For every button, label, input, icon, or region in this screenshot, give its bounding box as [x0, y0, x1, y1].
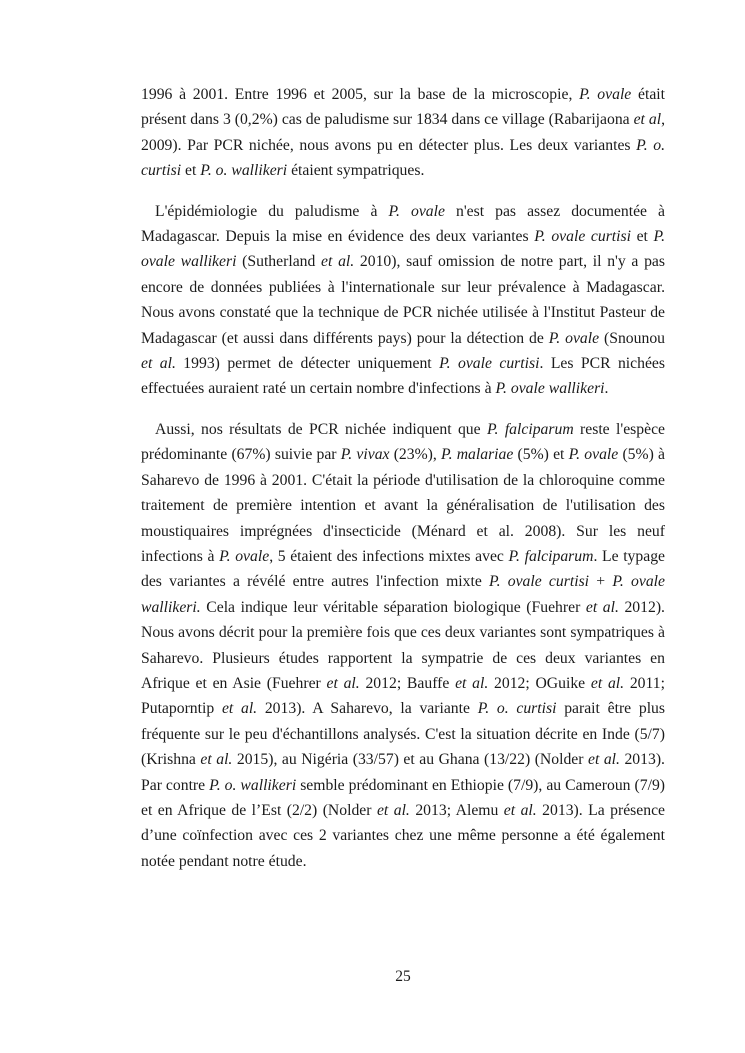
paragraph: Aussi, nos résultats de PCR nichée indiq…	[141, 417, 665, 874]
text-segment: 2015), au Nigéria (33/57) et au Ghana (1…	[232, 751, 588, 768]
italic-text-segment: P. ovale curtisi	[439, 355, 539, 372]
paragraph: L'épidémiologie du paludisme à P. ovale …	[141, 199, 665, 402]
page-number: 25	[141, 967, 665, 987]
italic-text-segment: et al.	[586, 599, 619, 616]
italic-text-segment: et al.	[588, 751, 620, 768]
text-segment: 2013). A Saharevo, la variante	[257, 700, 478, 717]
italic-text-segment: P. o. wallikeri	[200, 162, 287, 179]
italic-text-segment: et al.	[321, 253, 354, 270]
paragraph: 1996 à 2001. Entre 1996 et 2005, sur la …	[141, 82, 665, 184]
text-segment: et	[181, 162, 200, 179]
italic-text-segment: P. vivax	[341, 446, 390, 463]
text-segment: 1996 à 2001. Entre 1996 et 2005, sur la …	[141, 86, 579, 103]
text-segment: L'épidémiologie du paludisme à	[155, 203, 388, 220]
italic-text-segment: P. ovale	[579, 86, 631, 103]
italic-text-segment: P. malariae	[441, 446, 513, 463]
italic-text-segment: et al.	[591, 675, 624, 692]
italic-text-segment: et al.	[222, 700, 257, 717]
text-segment: .	[605, 380, 609, 397]
text-segment: 2013; Alemu	[410, 802, 504, 819]
text-segment: (Sutherland	[236, 253, 321, 270]
text-segment: (Snounou	[599, 330, 665, 347]
italic-text-segment: et al.	[377, 802, 410, 819]
text-segment: 2012; Bauffe	[360, 675, 455, 692]
italic-text-segment: P. o. wallikeri	[209, 777, 296, 794]
text-segment: (5%) et	[513, 446, 568, 463]
italic-text-segment: et al.	[504, 802, 537, 819]
italic-text-segment: P. ovale	[549, 330, 599, 347]
text-segment: , 5 étaient des infections mixtes avec	[269, 548, 508, 565]
italic-text-segment: et al	[634, 111, 661, 128]
text-segment: Cela indique leur véritable séparation b…	[201, 599, 586, 616]
italic-text-segment: P. o. curtisi	[478, 700, 557, 717]
italic-text-segment: P. ovale curtisi	[489, 573, 589, 590]
italic-text-segment: et al.	[200, 751, 232, 768]
italic-text-segment: P. ovale	[569, 446, 619, 463]
text-segment: et	[631, 228, 654, 245]
text-segment: étaient sympatriques.	[287, 162, 424, 179]
italic-text-segment: P. ovale	[219, 548, 269, 565]
italic-text-segment: P. ovale wallikeri	[495, 380, 604, 397]
text-segment: (23%),	[390, 446, 442, 463]
text-segment: +	[589, 573, 612, 590]
italic-text-segment: et al.	[455, 675, 488, 692]
document-body: 1996 à 2001. Entre 1996 et 2005, sur la …	[141, 82, 665, 889]
text-segment: 2012; OGuike	[488, 675, 591, 692]
italic-text-segment: et al.	[327, 675, 360, 692]
italic-text-segment: P. ovale	[388, 203, 445, 220]
italic-text-segment: P. falciparum	[509, 548, 594, 565]
italic-text-segment: P. ovale curtisi	[534, 228, 631, 245]
text-segment: Aussi, nos résultats de PCR nichée indiq…	[155, 421, 487, 438]
document-page: 1996 à 2001. Entre 1996 et 2005, sur la …	[0, 0, 745, 1053]
text-segment: 1993) permet de détecter uniquement	[176, 355, 439, 372]
italic-text-segment: P. falciparum	[487, 421, 574, 438]
italic-text-segment: et al.	[141, 355, 176, 372]
